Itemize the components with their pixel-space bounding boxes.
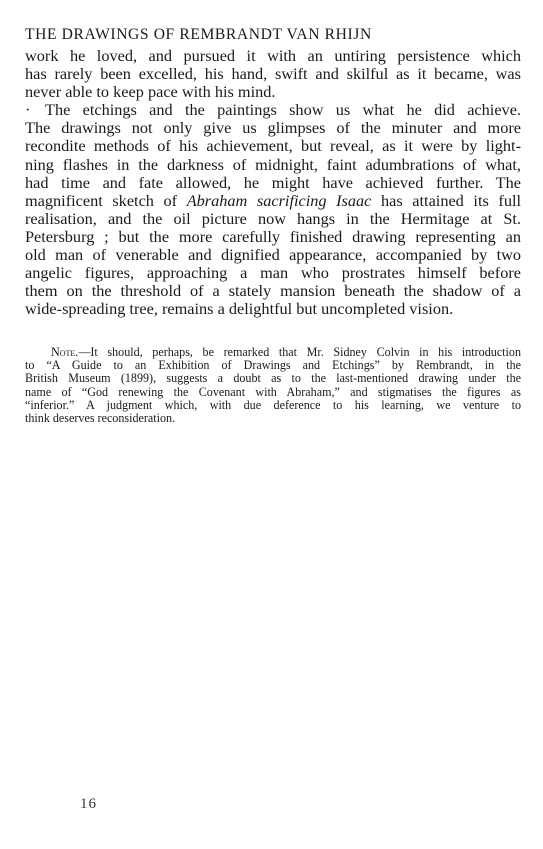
bullet-mark: · (25, 101, 45, 119)
text-line: recondite methods of his achievement, bu… (25, 137, 521, 155)
text-line-with-bullet: ·The etchings and the paintings show us … (25, 101, 521, 119)
text-line: realisation, and the oil picture now han… (25, 210, 521, 228)
text-fragment: —It should, perhaps, be remarked that Mr… (78, 345, 521, 359)
text-line: has rarely been excelled, his hand, swif… (25, 65, 521, 83)
text-line: had time and fate allowed, he might have… (25, 174, 521, 192)
artwork-title: Abraham sacrificing Isaac (187, 191, 372, 210)
text-fragment: magnificent sketch of (25, 191, 187, 210)
note-line: British Museum (1899), suggests a doubt … (25, 372, 521, 385)
text-line: wide-spreading tree, remains a delightfu… (25, 300, 521, 318)
text-line: never able to keep pace with his mind. (25, 83, 521, 101)
text-fragment: The etchings and the paintings show us w… (45, 100, 521, 119)
text-line: ning flashes in the darkness of midnight… (25, 156, 521, 174)
text-line: The drawings not only give us glimpses o… (25, 119, 521, 137)
text-line: angelic figures, approaching a man who p… (25, 264, 521, 282)
body-text: work he loved, and pursued it with an un… (25, 47, 521, 318)
footnote: Note.—It should, perhaps, be remarked th… (25, 346, 521, 425)
text-line-italic-title: magnificent sketch of Abraham sacrificin… (25, 192, 521, 210)
note-line: “inferior.” A judgment which, with due d… (25, 399, 521, 412)
note-line: think deserves reconsideration. (25, 412, 521, 425)
text-line: work he loved, and pursued it with an un… (25, 47, 521, 65)
text-line: them on the threshold of a stately mansi… (25, 282, 521, 300)
text-line: Petersburg ; but the more carefully fini… (25, 228, 521, 246)
running-head: THE DRAWINGS OF REMBRANDT VAN RHIJN (25, 26, 521, 44)
note-label: Note. (51, 345, 78, 359)
note-line: name of “God renewing the Covenant with … (25, 386, 521, 399)
text-line: old man of venerable and dignified appea… (25, 246, 521, 264)
page-number: 16 (80, 796, 97, 813)
text-fragment: has attained its full (371, 191, 521, 210)
